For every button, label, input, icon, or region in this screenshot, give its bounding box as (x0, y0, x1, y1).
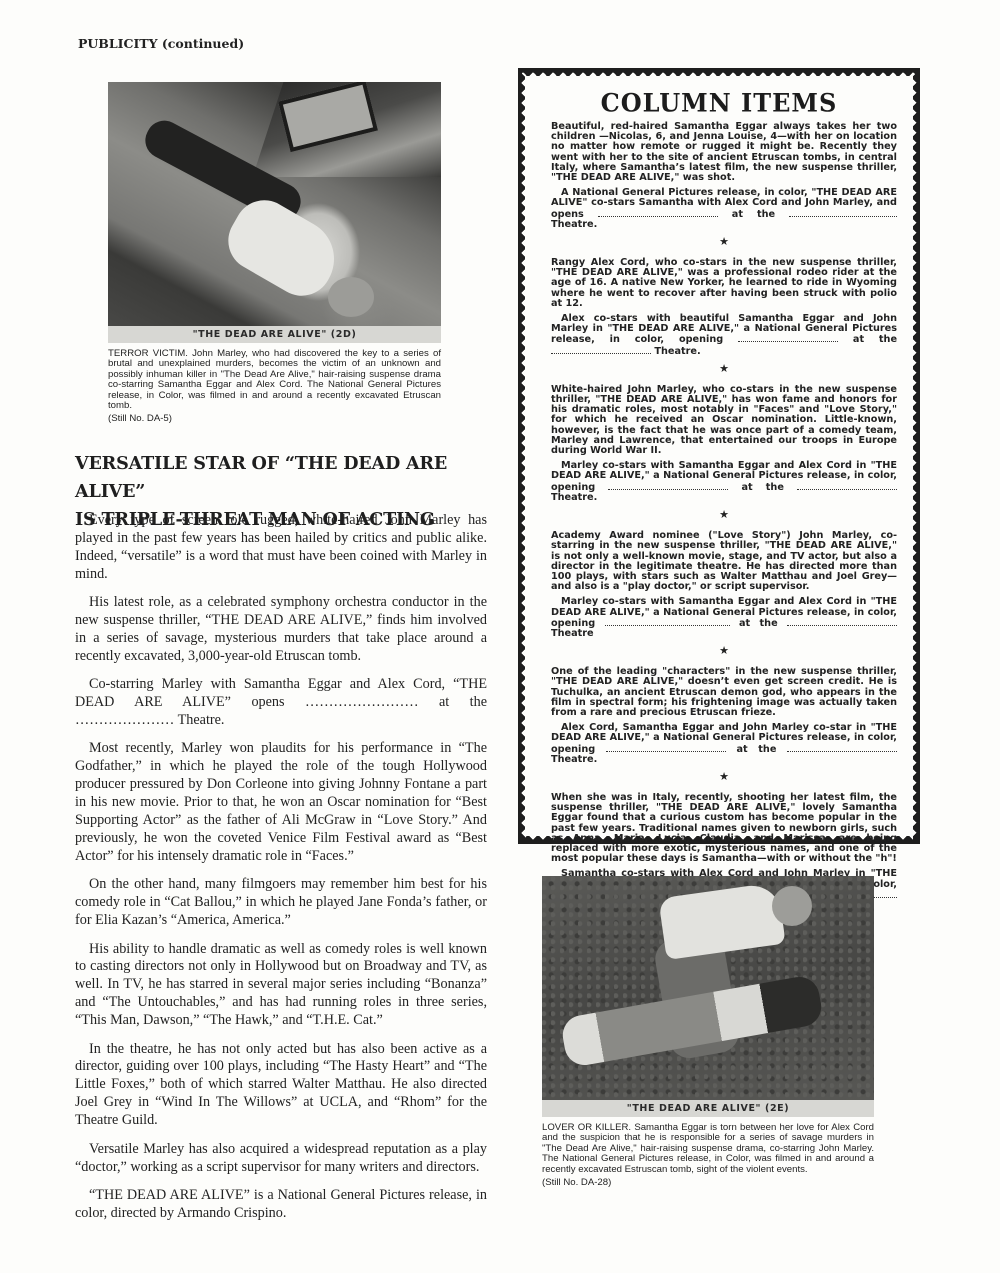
date-blank (605, 618, 730, 626)
column-items-title: COLUMN ITEMS (518, 87, 920, 117)
photo-figure-man-shirt (658, 882, 785, 960)
photo-lover-or-killer (542, 876, 874, 1100)
article-paragraph: In the theatre, he has not only acted bu… (75, 1041, 487, 1131)
column-item: Beautiful, red-haired Samantha Eggar alw… (551, 122, 897, 230)
column-item: Academy Award nominee ("Love Story") Joh… (551, 531, 897, 639)
tag-at-the: at the (737, 744, 777, 755)
article-paragraph: Every type of screen role rugged, white-… (75, 512, 487, 584)
article-paragraph: On the other hand, many filmgoers may re… (75, 876, 487, 930)
item-tag: Marley co-stars with Samantha Eggar and … (551, 461, 897, 503)
column-item: One of the leading "characters" in the n… (551, 667, 897, 765)
star-separator-icon: ★ (551, 509, 897, 521)
item-body: Beautiful, red-haired Samantha Eggar alw… (551, 122, 897, 183)
column-item: White-haired John Marley, who co-stars i… (551, 385, 897, 503)
star-separator-icon: ★ (551, 645, 897, 657)
tag-theatre: Theatre. (551, 492, 597, 503)
photo-caption: LOVER OR KILLER. Samantha Eggar is torn … (542, 1123, 874, 1188)
column-items-box: COLUMN ITEMS Beautiful, red-haired Saman… (518, 68, 920, 844)
date-blank (608, 482, 728, 490)
tag-text: Alex co-stars with beautiful Samantha Eg… (551, 313, 897, 345)
star-separator-icon: ★ (551, 363, 897, 375)
item-tag: Marley co-stars with Samantha Eggar and … (551, 597, 897, 639)
column-item: Rangy Alex Cord, who co-stars in the new… (551, 258, 897, 357)
tag-at-the: at the (853, 334, 897, 345)
photo-figure-head (328, 277, 374, 317)
article-paragraph: Co-starring Marley with Samantha Eggar a… (75, 676, 487, 730)
photo-caption-bar: "THE DEAD ARE ALIVE" (2D) (108, 326, 441, 343)
theatre-blank (787, 744, 897, 752)
photo-figure-man-head (772, 886, 812, 926)
tag-theatre: Theatre. (551, 754, 597, 765)
theatre-blank (551, 346, 651, 354)
tag-at-the: at the (732, 209, 775, 220)
tag-theatre: Theatre. (551, 219, 597, 230)
article-paragraph: Most recently, Marley won plaudits for h… (75, 740, 487, 865)
zigzag-border-right (913, 68, 920, 844)
star-separator-icon: ★ (551, 236, 897, 248)
item-body: When she was in Italy, recently, shootin… (551, 793, 897, 864)
tag-at-the: at the (739, 618, 778, 629)
item-body: Rangy Alex Cord, who co-stars in the new… (551, 258, 897, 309)
article-paragraph: “THE DEAD ARE ALIVE” is a National Gener… (75, 1187, 487, 1223)
theatre-blank (789, 209, 897, 217)
theatre-blank (787, 618, 897, 626)
article-body: Every type of screen role rugged, white-… (75, 512, 487, 1233)
tag-theatre: Theatre. (654, 346, 700, 357)
item-body: One of the leading "characters" in the n… (551, 667, 897, 718)
tag-at-the: at the (742, 482, 784, 493)
section-label: PUBLICITY (continued) (78, 36, 244, 51)
headline-line-1: VERSATILE STAR OF “THE DEAD ARE ALIVE” (75, 450, 485, 506)
article-paragraph: His ability to handle dramatic as well a… (75, 941, 487, 1031)
tag-theatre: Theatre (551, 628, 594, 639)
still-number: (Still No. DA-5) (108, 414, 441, 424)
article-paragraph: His latest role, as a celebrated symphon… (75, 594, 487, 666)
date-blank (738, 334, 838, 342)
item-tag: Alex co-stars with beautiful Samantha Eg… (551, 314, 897, 357)
item-body: Academy Award nominee ("Love Story") Joh… (551, 531, 897, 592)
item-body: White-haired John Marley, who co-stars i… (551, 385, 897, 456)
date-blank (598, 209, 718, 217)
article-paragraph: Versatile Marley has also acquired a wid… (75, 1141, 487, 1177)
photo-caption-bar: "THE DEAD ARE ALIVE" (2E) (542, 1100, 874, 1117)
still-number: (Still No. DA-28) (542, 1178, 874, 1188)
date-blank (606, 744, 726, 752)
star-separator-icon: ★ (551, 771, 897, 783)
still-photo-2e: "THE DEAD ARE ALIVE" (2E) LOVER OR KILLE… (542, 876, 874, 1188)
column-items-list: Beautiful, red-haired Samantha Eggar alw… (551, 122, 897, 916)
photo-terror-victim (108, 82, 441, 326)
zigzag-border-top (518, 68, 920, 76)
still-photo-2d: "THE DEAD ARE ALIVE" (2D) TERROR VICTIM.… (108, 82, 441, 425)
item-tag: Alex Cord, Samantha Eggar and John Marle… (551, 723, 897, 765)
item-tag: A National General Pictures release, in … (551, 188, 897, 230)
caption-text: LOVER OR KILLER. Samantha Eggar is torn … (542, 1122, 874, 1175)
zigzag-border-left (518, 68, 525, 844)
theatre-blank (797, 482, 897, 490)
caption-text: TERROR VICTIM. John Marley, who had disc… (108, 348, 441, 411)
photo-caption: TERROR VICTIM. John Marley, who had disc… (108, 349, 441, 425)
